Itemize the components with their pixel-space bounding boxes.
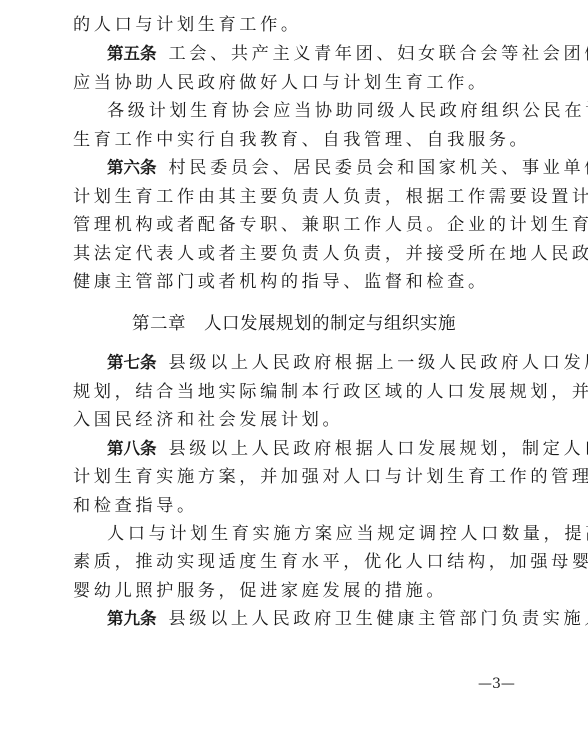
text-line: 计划生育实施方案，并加强对人口与计划生育工作的管理、监督 xyxy=(73,466,521,488)
text-line: 和检查指导。 xyxy=(73,495,521,517)
article-text: 县级以上人民政府根据人口发展规划，制定人口与 xyxy=(169,439,588,459)
article-text: 县级以上人民政府根据上一级人民政府人口发展 xyxy=(169,353,588,373)
article-number: 第六条 xyxy=(107,158,157,177)
text-line: 婴幼儿照护服务，促进家庭发展的措施。 xyxy=(73,580,521,602)
article-6-line: 第六条村民委员会、居民委员会和国家机关、事业单位的 xyxy=(107,157,521,179)
page-number: —3— xyxy=(478,676,515,692)
article-text: 县级以上人民政府卫生健康主管部门负责实施人 xyxy=(169,609,588,629)
article-number: 第七条 xyxy=(107,353,157,372)
article-9-line: 第九条县级以上人民政府卫生健康主管部门负责实施人 xyxy=(107,608,521,630)
chapter-number: 第二章 xyxy=(132,314,186,334)
chapter-heading: 第二章人口发展规划的制定与组织实施 xyxy=(0,312,588,336)
paragraph-start-line: 各级计划生育协会应当协助同级人民政府组织公民在计划 xyxy=(107,100,521,122)
text-line: 生育工作中实行自我教育、自我管理、自我服务。 xyxy=(73,129,521,151)
text-line: 计划生育工作由其主要负责人负责，根据工作需要设置计划生育 xyxy=(73,186,521,208)
article-text: 工会、共产主义青年团、妇女联合会等社会团体， xyxy=(169,44,588,64)
text-line: 健康主管部门或者机构的指导、监督和检查。 xyxy=(73,271,521,293)
article-number: 第八条 xyxy=(107,439,157,458)
text-line: 的人口与计划生育工作。 xyxy=(73,14,521,36)
text-line: 规划，结合当地实际编制本行政区域的人口发展规划，并将其纳 xyxy=(73,381,521,403)
article-8-line: 第八条县级以上人民政府根据人口发展规划，制定人口与 xyxy=(107,438,521,460)
text-line: 其法定代表人或者主要负责人负责，并接受所在地人民政府卫生 xyxy=(73,243,521,265)
text-line: 素质，推动实现适度生育水平，优化人口结构，加强母婴保健和 xyxy=(73,551,521,573)
article-5-line: 第五条工会、共产主义青年团、妇女联合会等社会团体， xyxy=(107,43,521,65)
article-text: 村民委员会、居民委员会和国家机关、事业单位的 xyxy=(169,158,588,178)
text-line: 应当协助人民政府做好人口与计划生育工作。 xyxy=(73,72,521,94)
article-7-line: 第七条县级以上人民政府根据上一级人民政府人口发展 xyxy=(107,352,521,374)
chapter-title: 人口发展规划的制定与组织实施 xyxy=(204,314,456,334)
text-line: 入国民经济和社会发展计划。 xyxy=(73,409,521,431)
article-number: 第五条 xyxy=(107,44,157,63)
paragraph-start-line: 人口与计划生育实施方案应当规定调控人口数量，提高人口 xyxy=(107,523,521,545)
document-page: 的人口与计划生育工作。 第五条工会、共产主义青年团、妇女联合会等社会团体， 应当… xyxy=(0,0,588,739)
article-number: 第九条 xyxy=(107,609,157,628)
text-line: 管理机构或者配备专职、兼职工作人员。企业的计划生育工作由 xyxy=(73,214,521,236)
